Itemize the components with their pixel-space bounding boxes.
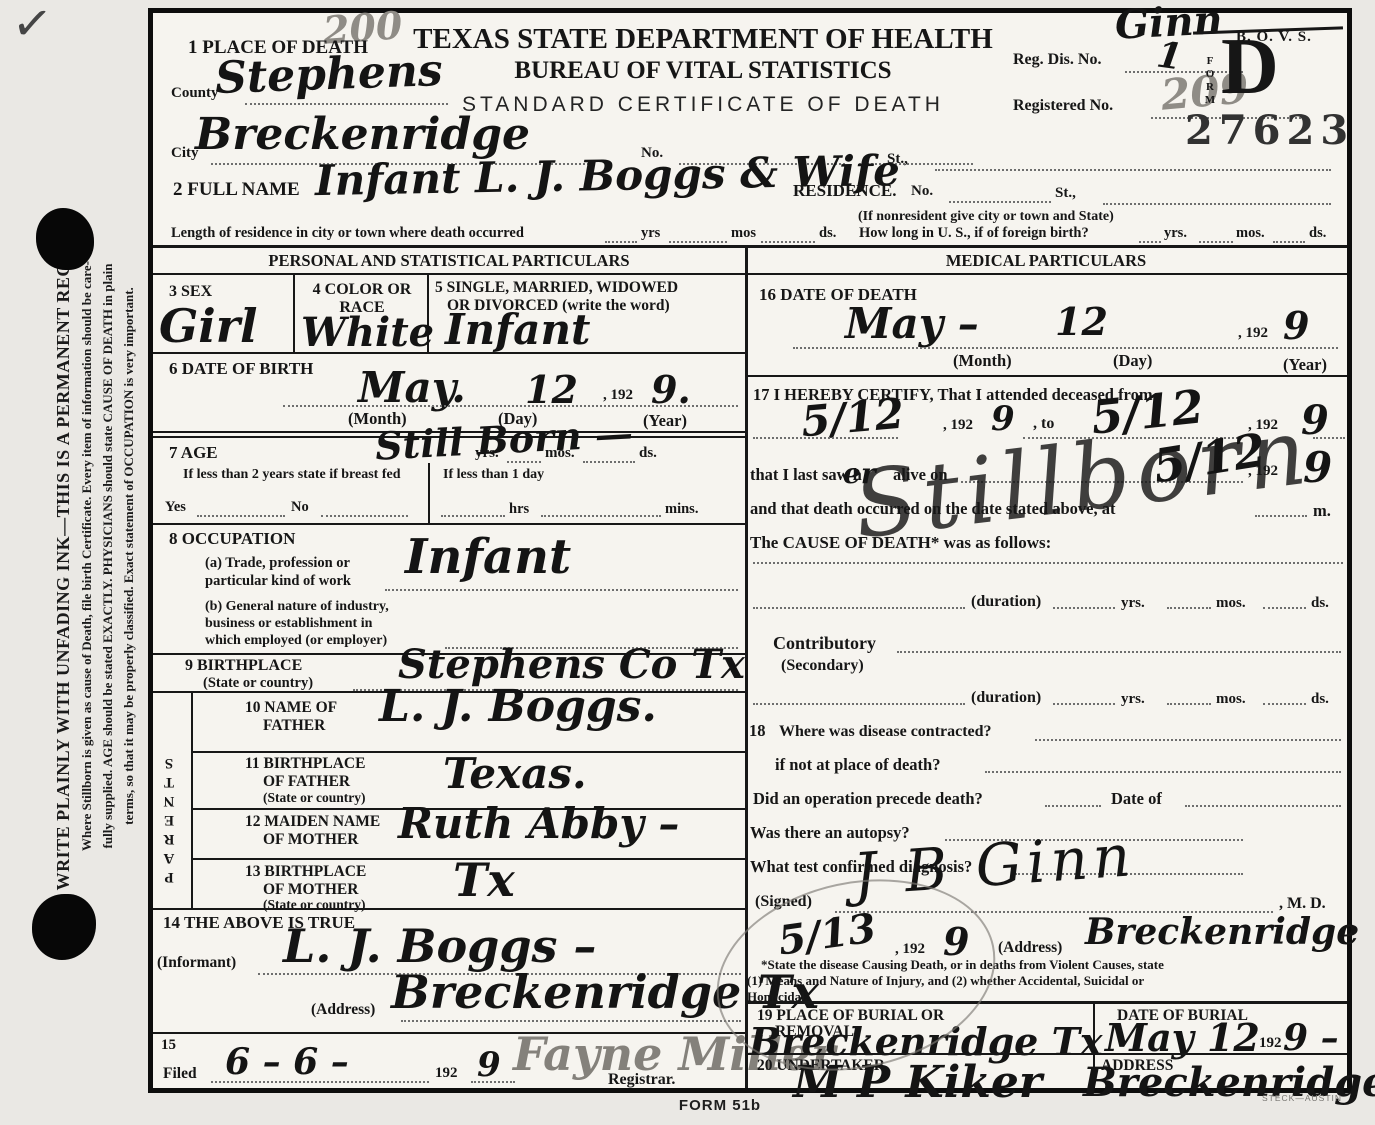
no-label: No xyxy=(291,499,309,516)
occupation-b-line3: which employed (or employer) xyxy=(205,633,387,649)
dotted-line xyxy=(541,515,661,517)
item-15-label: 15 xyxy=(161,1037,176,1054)
dotted-line xyxy=(753,437,898,439)
title-line-1: TEXAS STATE DEPARTMENT OF HEALTH xyxy=(413,23,993,56)
rule xyxy=(153,908,745,910)
form-vertical-label: FORM xyxy=(1204,55,1216,107)
q18-number: 18 xyxy=(749,721,766,741)
father-birthplace-state-caption: (State or country) xyxy=(263,790,365,806)
age-value: Still Born — xyxy=(374,410,634,468)
cell-divider xyxy=(293,273,295,352)
duration-label: (duration) xyxy=(971,593,1041,611)
occupation-a-line1: (a) Trade, profession or xyxy=(205,555,350,572)
duration-yrs-label: yrs. xyxy=(1121,595,1145,612)
secondary-label: (Secondary) xyxy=(781,657,864,675)
residence-street-label: St., xyxy=(1055,185,1076,202)
color-race-value: White xyxy=(301,309,434,356)
parents-vertical-label: PARENTS xyxy=(161,715,178,885)
dotted-line xyxy=(283,405,738,407)
duration-label-2: (duration) xyxy=(971,689,1041,707)
ds-label: ds. xyxy=(1309,225,1326,242)
occupation-b-line1: (b) General nature of industry, xyxy=(205,599,389,615)
mother-birthplace-value: Tx xyxy=(453,853,515,907)
duration-yrs-label: yrs. xyxy=(1121,691,1145,708)
ink-blot-top xyxy=(36,208,94,270)
dotted-line xyxy=(935,169,1331,171)
dotted-line xyxy=(949,201,1051,203)
not-at-place-label: if not at place of death? xyxy=(775,755,940,775)
dotted-line xyxy=(1053,607,1115,609)
from-192-print: , 192 xyxy=(943,417,973,434)
yrs-label: yrs xyxy=(641,225,660,242)
filed-label: Filed xyxy=(163,1065,197,1083)
operation-label: Did an operation precede death? xyxy=(753,789,983,809)
father-birthplace-label-2: OF FATHER xyxy=(263,773,350,791)
death-192-print: , 192 xyxy=(1238,325,1268,342)
residence-label: RESIDENCE. xyxy=(793,181,896,201)
sex-value: Girl xyxy=(159,299,257,353)
father-name-label-1: 10 NAME OF xyxy=(245,699,337,717)
certificate-number-stamp: 27623 xyxy=(1185,107,1354,154)
father-birthplace-value: Texas. xyxy=(443,749,587,798)
signed-address-label: (Address) xyxy=(998,939,1062,957)
nonresident-note: (If nonresident give city or town and St… xyxy=(858,209,1114,225)
occupation-a-line2: particular kind of work xyxy=(205,573,351,590)
full-name-label: 2 FULL NAME xyxy=(173,179,300,201)
marital-value: Infant xyxy=(445,305,590,354)
dotted-line xyxy=(583,461,635,463)
dotted-line xyxy=(385,589,738,591)
dotted-line xyxy=(1185,805,1341,807)
dotted-line xyxy=(897,651,1341,653)
duration-ds-label: ds. xyxy=(1311,691,1329,708)
year-1920s-print: , 192 xyxy=(603,387,633,404)
dotted-line xyxy=(1045,805,1101,807)
year-caption: (Year) xyxy=(643,411,687,431)
mos-label: mos. xyxy=(1236,225,1265,242)
dotted-line xyxy=(1263,607,1306,609)
form-number-label: FORM 51b xyxy=(630,1097,810,1114)
dotted-line xyxy=(401,1020,741,1022)
dotted-line xyxy=(1199,241,1233,243)
filed-date-value: 6 – 6 – xyxy=(225,1041,349,1083)
margin-line-3: fully supplied. AGE should be stated EXA… xyxy=(97,56,118,1056)
dotted-line xyxy=(753,607,965,609)
form-d-letter: D xyxy=(1221,31,1279,103)
color-race-label-1: 4 COLOR OR xyxy=(299,281,425,299)
dotted-line xyxy=(1313,437,1345,439)
less-than-day-label: If less than 1 day xyxy=(443,467,544,483)
month-caption: (Month) xyxy=(953,351,1012,371)
registered-no-label: Registered No. xyxy=(1013,97,1113,115)
duration-mos-label: mos. xyxy=(1216,691,1246,708)
howlong-label: How long in U. S., if of foreign birth? xyxy=(859,225,1089,242)
marital-label-1: 5 SINGLE, MARRIED, WIDOWED xyxy=(435,279,678,297)
dotted-line xyxy=(1035,739,1341,741)
mother-birthplace-label-1: 13 BIRTHPLACE xyxy=(245,863,366,881)
informant-label: (Informant) xyxy=(157,954,236,972)
yes-label: Yes xyxy=(165,499,186,516)
rule xyxy=(153,352,745,354)
date-of-label: Date of xyxy=(1111,789,1162,809)
rule xyxy=(745,375,1347,377)
dotted-line xyxy=(1273,241,1305,243)
residence-no-label: No. xyxy=(911,183,933,200)
title-line-3: STANDARD CERTIFICATE OF DEATH xyxy=(393,93,1013,117)
title-line-2: BUREAU OF VITAL STATISTICS xyxy=(413,57,993,85)
scanned-death-certificate: { "margin": { "check": "✓", "line1": "WR… xyxy=(0,0,1375,1125)
age-label: 7 AGE xyxy=(169,443,218,463)
dotted-line xyxy=(793,347,1338,349)
dotted-line xyxy=(1103,203,1331,205)
dotted-line xyxy=(197,515,285,517)
mother-maiden-label-1: 12 MAIDEN NAME xyxy=(245,813,380,831)
rule xyxy=(153,523,745,525)
dotted-line xyxy=(441,515,505,517)
burial-192-print: 192 xyxy=(1259,1035,1282,1052)
mins-label: mins. xyxy=(665,501,698,518)
birthplace-state-caption: (State or country) xyxy=(203,675,313,692)
ds-label: ds. xyxy=(819,225,836,242)
dotted-line xyxy=(669,241,727,243)
rule xyxy=(745,273,1347,275)
county-label: County xyxy=(171,85,219,102)
father-name-label-2: FATHER xyxy=(263,717,325,735)
printer-mark: STECK—AUSTIN xyxy=(1262,1093,1342,1103)
medical-section-title: MEDICAL PARTICULARS xyxy=(745,251,1347,271)
dotted-line xyxy=(321,515,408,517)
header-bottom-rule xyxy=(153,245,1347,248)
dotted-line xyxy=(753,703,965,705)
year-caption: (Year) xyxy=(1283,355,1327,375)
duration-mos-label: mos. xyxy=(1216,595,1246,612)
duration-ds-label: ds. xyxy=(1311,595,1329,612)
margin-line-4: terms, so that it may be properly classi… xyxy=(118,56,139,1056)
reg-dis-label: Reg. Dis. No. xyxy=(1013,51,1101,69)
dotted-line xyxy=(1167,703,1211,705)
yrs-label: yrs. xyxy=(1164,225,1187,242)
dotted-line xyxy=(1263,703,1306,705)
date-of-birth-label: 6 DATE OF BIRTH xyxy=(169,359,313,379)
breastfed-label: If less than 2 years state if breast fed xyxy=(183,467,401,483)
occupation-b-line2: business or establishment in xyxy=(205,616,372,632)
cause-of-death-value: Stillborn xyxy=(848,397,1317,559)
m-label: m. xyxy=(1313,501,1331,521)
mother-birthplace-state-caption: (State or country) xyxy=(263,897,365,913)
father-name-value: L. J. Boggs. xyxy=(379,681,657,732)
rule xyxy=(153,273,745,275)
day-caption: (Day) xyxy=(1113,351,1152,371)
death-year-value: 9 xyxy=(1283,303,1309,348)
mother-maiden-value: Ruth Abby – xyxy=(398,799,679,848)
cell-divider xyxy=(428,463,430,523)
dotted-line xyxy=(1139,241,1161,243)
filed-192-print: 192 xyxy=(435,1065,458,1082)
dotted-line xyxy=(985,771,1341,773)
parents-strip-divider xyxy=(191,691,193,908)
age-ds-label: ds. xyxy=(639,445,657,462)
contributory-label: Contributory xyxy=(773,633,876,654)
hrs-label: hrs xyxy=(509,501,529,518)
q18-label: Where was disease contracted? xyxy=(779,723,992,741)
informant-address-label: (Address) xyxy=(311,1001,375,1019)
length-residence-label: Length of residence in city or town wher… xyxy=(171,225,524,242)
dotted-line xyxy=(1053,703,1115,705)
father-birthplace-label-1: 11 BIRTHPLACE xyxy=(245,755,365,773)
occupation-value: Infant xyxy=(405,529,571,585)
personal-section-title: PERSONAL AND STATISTICAL PARTICULARS xyxy=(153,251,745,271)
dotted-line xyxy=(761,241,815,243)
registrar-label: Registrar. xyxy=(608,1071,675,1089)
pencil-surname-note: Ginn xyxy=(1114,0,1224,49)
dotted-line xyxy=(605,241,637,243)
filed-year-value: 9 xyxy=(477,1045,501,1085)
mos-label: mos xyxy=(731,225,756,242)
occupation-label: 8 OCCUPATION xyxy=(169,529,295,549)
dotted-line xyxy=(1167,607,1211,609)
death-month-value: May – xyxy=(845,299,979,348)
death-day-value: 12 xyxy=(1055,299,1108,344)
signed-address-value: Breckenridge xyxy=(1085,911,1359,953)
mother-maiden-label-2: OF MOTHER xyxy=(263,831,358,849)
birthplace-label: 9 BIRTHPLACE xyxy=(185,657,302,675)
dotted-line xyxy=(753,562,1343,564)
pencil-checkmark: ✓ xyxy=(9,0,55,54)
dotted-line xyxy=(1255,515,1307,517)
